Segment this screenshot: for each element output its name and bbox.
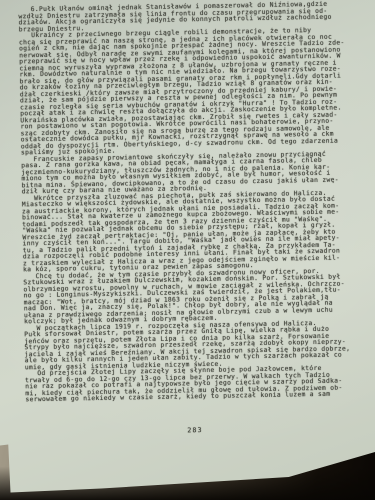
paragraph: Wkrótce przyszła zluzować nas piechota, … [22, 190, 361, 274]
paragraph: Ukraińcy z przeciwnego brzegu ciągle rob… [19, 27, 359, 157]
paragraph: Od przejścia Złotej Lipy zaczęły się sły… [25, 365, 364, 404]
paragraph: W początkach lipca 1919 r. rozpoczęła si… [24, 320, 363, 372]
paragraph: Chcę tu dodać, że w tym czasie przybył d… [23, 268, 362, 326]
page-content: 6.Pułk Ułanów ominął jednak Stanisławów … [0, 0, 375, 500]
book-page: 6.Pułk Ułanów ominął jednak Stanisławów … [0, 0, 375, 500]
page-text: 6.Pułk Ułanów ominął jednak Stanisławów … [18, 1, 363, 404]
photo-of-book-page: 6.Pułk Ułanów ominął jednak Stanisławów … [0, 0, 375, 500]
page-number: 283 [26, 423, 364, 437]
paragraph: Francuskie zapasy prowiantowe skończyły … [21, 151, 360, 196]
